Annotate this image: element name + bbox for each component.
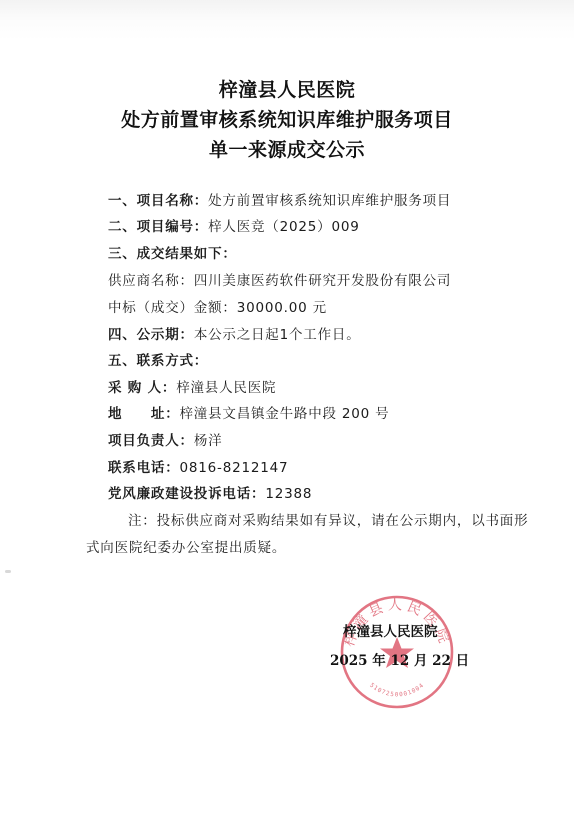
purchaser-label: 采 购 人： [108,380,176,396]
contact-heading-row: 五、联系方式： [108,352,208,370]
contact-heading: 五、联系方式： [108,353,208,369]
seal-serial: 5107250001004 [368,682,425,699]
scan-speck [5,570,11,573]
supplier-row: 供应商名称：四川美康医药软件研究开发股份有限公司 [108,272,451,290]
complaint-phone-label: 党风廉政建设投诉电话： [108,486,265,502]
phone-row: 联系电话：0816-8212147 [108,459,288,477]
address-label: 地 址： [108,406,180,422]
project-name-label: 一、项目名称： [108,193,208,209]
publicity-period-label: 四、公示期： [108,327,194,343]
supplier-value: 四川美康医药软件研究开发股份有限公司 [194,273,451,289]
project-name-row: 一、项目名称：处方前置审核系统知识库维护服务项目 [108,192,451,210]
document-page: 梓潼县人民医院 处方前置审核系统知识库维护服务项目 单一来源成交公示 一、项目名… [0,0,574,821]
hospital-title: 梓潼县人民医院 [0,75,574,102]
project-lead-value: 杨洋 [194,433,223,449]
note-line-1: 注：投标供应商对采购结果如有异议，请在公示期内，以书面形 [128,512,528,530]
svg-text:5107250001004: 5107250001004 [368,682,425,699]
amount-row: 中标（成交）金额：30000.00 元 [108,299,327,317]
signature-date: 2025 年 12 月 22 日 [330,649,469,669]
purchaser-row: 采 购 人：梓潼县人民医院 [108,379,276,397]
publicity-period-row: 四、公示期：本公示之日起1个工作日。 [108,326,361,344]
phone-label: 联系电话： [108,460,180,476]
result-heading: 三、成交结果如下： [108,246,237,262]
project-title: 处方前置审核系统知识库维护服务项目 [0,105,574,132]
address-value: 梓潼县文昌镇金牛路中段 200 号 [180,406,390,422]
note-line-2: 式向医院纪委办公室提出质疑。 [86,539,286,557]
amount-value: 30000.00 元 [237,300,327,316]
complaint-phone-row: 党风廉政建设投诉电话：12388 [108,485,312,503]
project-lead-row: 项目负责人：杨洋 [108,432,222,450]
complaint-phone-value: 12388 [265,486,312,502]
address-row: 地 址：梓潼县文昌镇金牛路中段 200 号 [108,405,389,423]
project-lead-label: 项目负责人： [108,433,194,449]
phone-value: 0816-8212147 [180,460,289,476]
result-heading-row: 三、成交结果如下： [108,245,237,263]
signature-organization: 梓潼县人民医院 [343,620,438,640]
project-number-row: 二、项目编号：梓人医竞（2025）009 [108,218,360,236]
purchaser-value: 梓潼县人民医院 [176,380,276,396]
project-number-value: 梓人医竞（2025）009 [208,219,360,235]
supplier-label: 供应商名称： [108,273,194,289]
amount-label: 中标（成交）金额： [108,300,237,316]
project-name-value: 处方前置审核系统知识库维护服务项目 [208,193,451,209]
project-number-label: 二、项目编号： [108,219,208,235]
announcement-title: 单一来源成交公示 [0,135,574,162]
publicity-period-value: 本公示之日起1个工作日。 [194,327,361,343]
